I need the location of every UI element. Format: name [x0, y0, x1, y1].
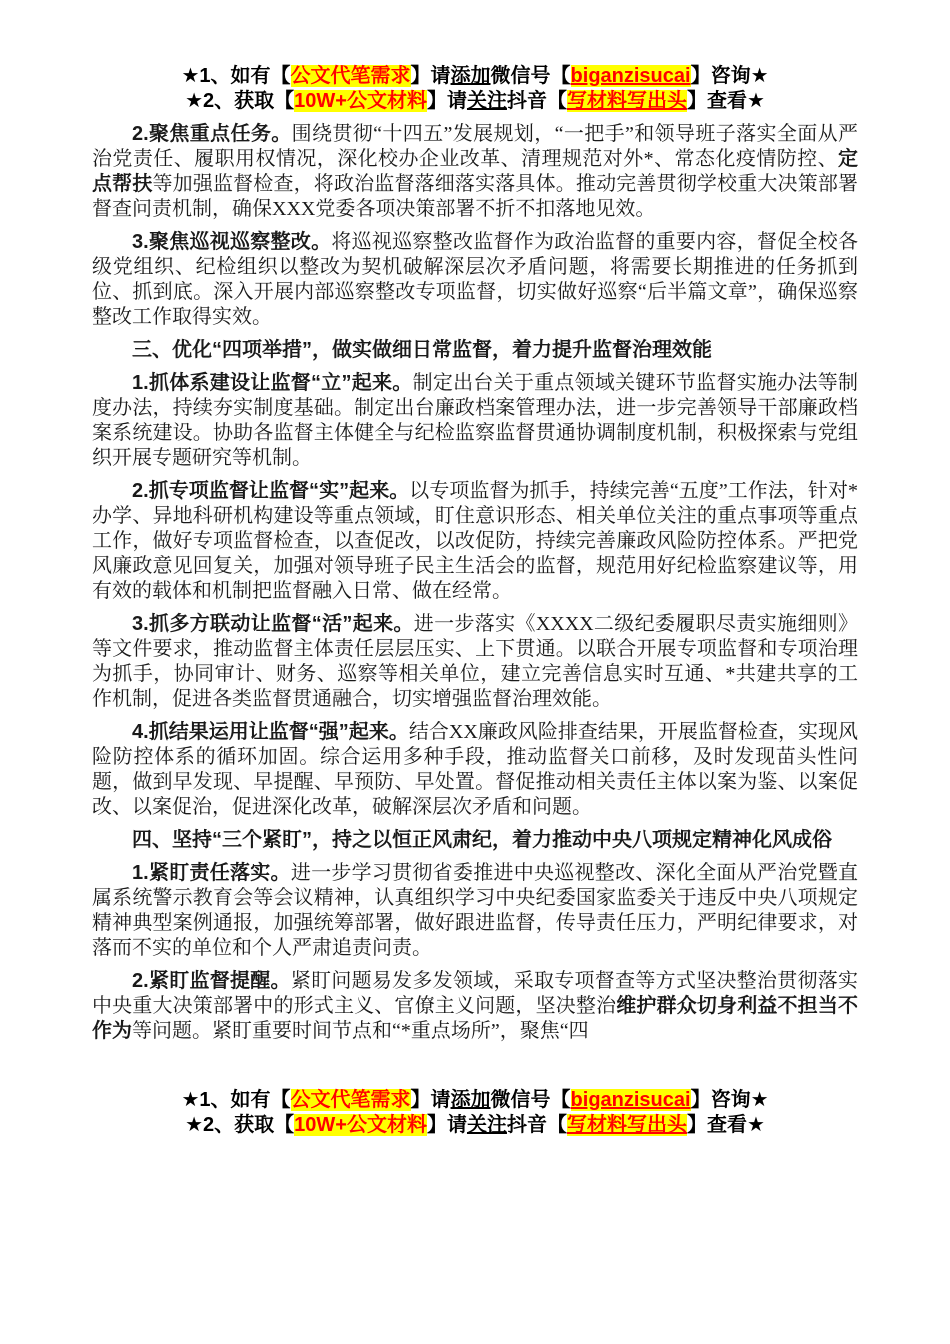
heading-section-4: 四、坚持“三个紧盯”，持之以恒正风肃纪，着力推动中央八项规定精神化风成俗 [92, 828, 858, 853]
text-run: 微信号【 [491, 65, 571, 87]
para-2-focus-key-tasks: 2.聚焦重点任务。围绕贯彻“十四五”发展规划，“一把手”和领导班子落实全面从严治… [92, 122, 858, 222]
text-run: 2.聚焦重点任务。 [132, 123, 292, 145]
text-run: 添加 [451, 1089, 491, 1111]
promo-footer: ★1、如有【公文代笔需求】请添加微信号【biganzisucai】咨询★★2、获… [92, 1088, 858, 1138]
material-count-highlight: 10W+公文材料 [294, 90, 427, 112]
text-run: ★1、如有【 [181, 1089, 290, 1111]
text-run: 2.抓专项监督让监督“实”起来。 [132, 480, 409, 502]
text-run: 四、坚持“三个紧盯”，持之以恒正风肃纪，着力推动中央八项规定精神化风成俗 [132, 829, 832, 851]
text-run: ★1、如有【 [181, 65, 290, 87]
promo-line-2: ★2、获取【10W+公文材料】请关注抖音【写材料写出头】查看★ [92, 1113, 858, 1138]
text-run: 】咨询★ [691, 1089, 769, 1111]
text-run: 关注 [467, 90, 507, 112]
wechat-id-highlight: biganzisucai [571, 1089, 691, 1111]
text-run: 2.紧盯监督提醒。 [132, 970, 291, 992]
text-run: 抖音【 [507, 90, 567, 112]
para-s4-2-supervision-reminder: 2.紧盯监督提醒。紧盯问题易发多发领域，采取专项督查等方式坚决整治贯彻落实中央重… [92, 969, 858, 1044]
text-run: 微信号【 [491, 1089, 571, 1111]
text-run: 】请 [411, 1089, 451, 1111]
wechat-id-highlight: biganzisucai [571, 65, 691, 87]
text-run: 】请 [411, 65, 451, 87]
text-run: 关注 [467, 1114, 507, 1136]
document-body: 2.聚焦重点任务。围绕贯彻“十四五”发展规划，“一把手”和领导班子落实全面从严治… [92, 122, 858, 1044]
text-run: 】查看★ [687, 1114, 765, 1136]
para-s3-4-result-application: 4.抓结果运用让监督“强”起来。结合XX廉政风险排查结果，开展监督检查，实现风险… [92, 720, 858, 820]
douyin-account-highlight: 写材料写出头 [567, 1114, 687, 1136]
para-3-inspection-rectification: 3.聚焦巡视巡察整改。将巡视巡察整改监督作为政治监督的重要内容，督促全校各级党组… [92, 230, 858, 330]
text-run: 3.抓多方联动让监督“活”起来。 [132, 613, 414, 635]
service-name-highlight: 公文代笔需求 [291, 1089, 411, 1111]
text-run: 1.紧盯责任落实。 [132, 862, 291, 884]
text-run: 等问题。紧盯重要时间节点和“*重点场所”，聚焦“四 [132, 1020, 589, 1042]
text-run: 3.聚焦巡视巡察整改。 [132, 231, 331, 253]
material-count-highlight: 10W+公文材料 [294, 1114, 427, 1136]
promo-line-1: ★1、如有【公文代笔需求】请添加微信号【biganzisucai】咨询★ [92, 1088, 858, 1113]
para-s3-2-special-supervision: 2.抓专项监督让监督“实”起来。以专项监督为抓手，持续完善“五度”工作法，针对*… [92, 479, 858, 604]
text-run: 】咨询★ [691, 65, 769, 87]
text-run: 4.抓结果运用让监督“强”起来。 [132, 721, 409, 743]
promo-line-2: ★2、获取【10W+公文材料】请关注抖音【写材料写出头】查看★ [92, 89, 858, 114]
text-run: ★2、获取【 [185, 90, 294, 112]
text-run: 添加 [451, 65, 491, 87]
promo-line-1: ★1、如有【公文代笔需求】请添加微信号【biganzisucai】咨询★ [92, 64, 858, 89]
service-name-highlight: 公文代笔需求 [291, 65, 411, 87]
text-run: 三、优化“四项举措”，做实做细日常监督，着力提升监督治理效能 [132, 339, 712, 361]
para-s3-3-multi-party-linkage: 3.抓多方联动让监督“活”起来。进一步落实《XXXX二级纪委履职尽责实施细则》等… [92, 612, 858, 712]
text-run: 等加强监督检查，将政治监督落细落实落具体。推动完善贯彻学校重大决策部署督查问责机… [92, 173, 858, 220]
para-s4-1-responsibility: 1.紧盯责任落实。进一步学习贯彻省委推进中央巡视整改、深化全面从严治党暨直属系统… [92, 861, 858, 961]
promo-header: ★1、如有【公文代笔需求】请添加微信号【biganzisucai】咨询★★2、获… [92, 64, 858, 114]
heading-section-3: 三、优化“四项举措”，做实做细日常监督，着力提升监督治理效能 [92, 338, 858, 363]
text-run: 抖音【 [507, 1114, 567, 1136]
text-run: 1.抓体系建设让监督“立”起来。 [132, 372, 413, 394]
text-run: 】查看★ [687, 90, 765, 112]
text-run: 】请 [427, 90, 467, 112]
text-run: ★2、获取【 [185, 1114, 294, 1136]
document-page: ★1、如有【公文代笔需求】请添加微信号【biganzisucai】咨询★★2、获… [0, 0, 950, 1344]
text-run: 】请 [427, 1114, 467, 1136]
para-s3-1-system-building: 1.抓体系建设让监督“立”起来。制定出台关于重点领域关键环节监督实施办法等制度办… [92, 371, 858, 471]
douyin-account-highlight: 写材料写出头 [567, 90, 687, 112]
